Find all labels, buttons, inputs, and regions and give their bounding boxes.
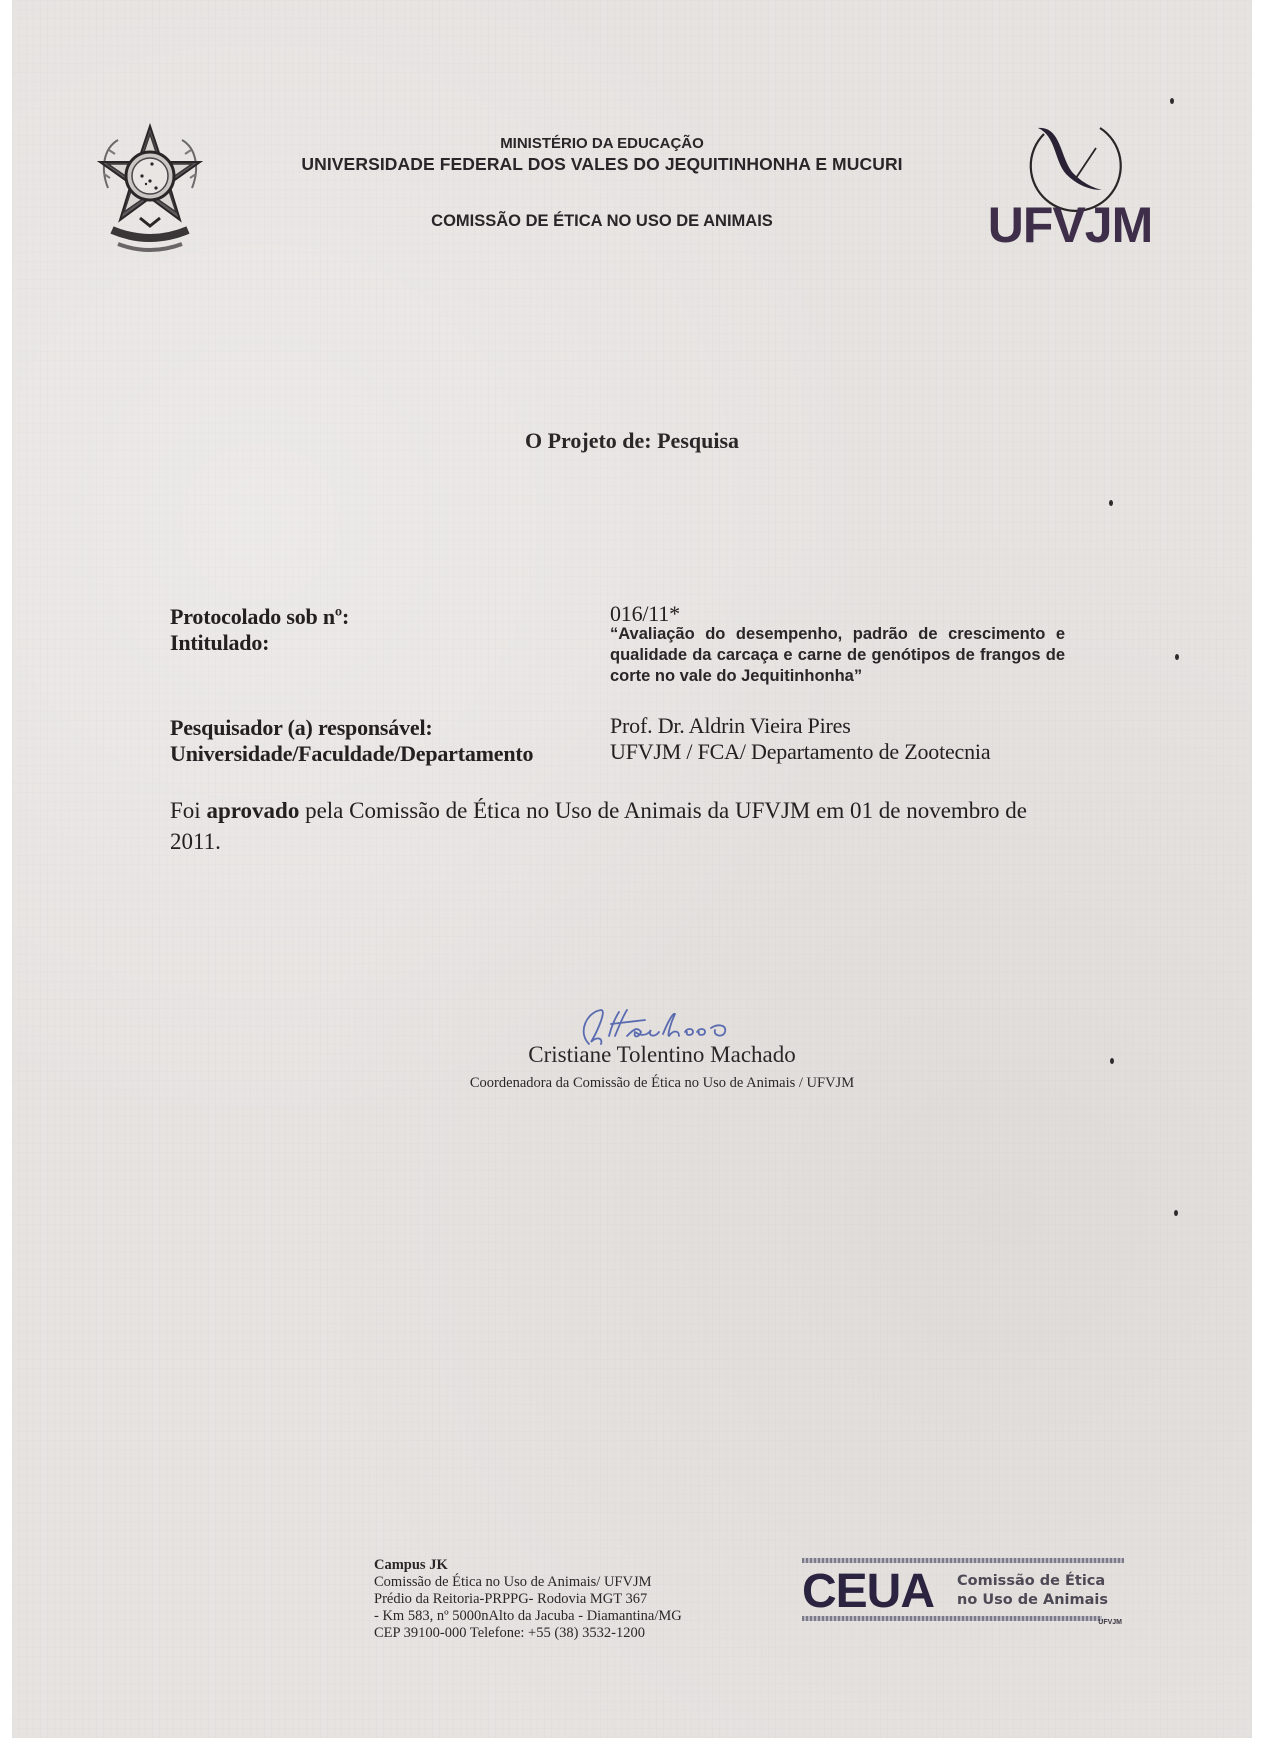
address-line: - Km 583, nº 5000nAlto da Jacuba - Diama… xyxy=(374,1608,734,1625)
ministry-heading: MINISTÉRIO DA EDUCAÇÃO xyxy=(272,135,932,152)
approval-statement: Foi aprovado pela Comissão de Ética no U… xyxy=(170,795,1070,857)
ceua-line-1: Comissão de Ética xyxy=(957,1573,1105,1589)
project-title-value: “Avaliação do desempenho, padrão de cres… xyxy=(610,624,1065,687)
ceua-logo: CEUA Comissão de Ética no Uso de Animais… xyxy=(802,1558,1132,1628)
scan-speck xyxy=(1109,500,1113,506)
approval-rest: pela Comissão de Ética no Uso de Animais… xyxy=(170,798,1027,854)
scanned-document-page: MINISTÉRIO DA EDUCAÇÃO UNIVERSIDADE FEDE… xyxy=(12,0,1252,1738)
researcher-label: Pesquisador (a) responsável: xyxy=(170,715,433,741)
document-title: O Projeto de: Pesquisa xyxy=(12,428,1252,454)
signer-name: Cristiane Tolentino Machado xyxy=(12,1042,1252,1068)
ceua-mini-text: UFVJM xyxy=(1098,1619,1122,1626)
ceua-line-2: no Uso de Animais xyxy=(957,1592,1108,1608)
department-label: Universidade/Faculdade/Departamento xyxy=(170,741,533,767)
brazil-coat-of-arms-icon xyxy=(90,118,210,258)
scan-speck xyxy=(1175,654,1179,660)
department-value: UFVJM / FCA/ Departamento de Zootecnia xyxy=(610,739,990,765)
ceua-acronym: CEUA xyxy=(802,1568,934,1616)
approval-prefix: Foi xyxy=(170,798,201,823)
address-line: CEP 39100-000 Telefone: +55 (38) 3532-12… xyxy=(374,1625,734,1642)
approval-keyword: aprovado xyxy=(206,798,299,823)
scan-speck xyxy=(1110,1058,1114,1064)
campus-name: Campus JK xyxy=(374,1557,734,1574)
ceua-bottom-bar xyxy=(802,1616,1102,1621)
ufvjm-logo-text: UFVJM xyxy=(970,196,1170,254)
address-line: Prédio da Reitoria-PRPPG- Rodovia MGT 36… xyxy=(374,1591,734,1608)
university-heading: UNIVERSIDADE FEDERAL DOS VALES DO JEQUIT… xyxy=(272,154,932,175)
commission-heading: COMISSÃO DE ÉTICA NO USO DE ANIMAIS xyxy=(272,212,932,231)
ceua-top-bar xyxy=(802,1558,1124,1563)
project-title-label: Intitulado: xyxy=(170,630,269,656)
protocol-label: Protocolado sob nº: xyxy=(170,604,349,630)
scan-speck xyxy=(1174,1210,1178,1216)
footer-address: Campus JK Comissão de Ética no Uso de An… xyxy=(374,1557,734,1642)
researcher-value: Prof. Dr. Aldrin Vieira Pires xyxy=(610,713,851,739)
scan-speck xyxy=(1170,98,1174,104)
signer-role: Coordenadora da Comissão de Ética no Uso… xyxy=(12,1075,1252,1092)
address-line: Comissão de Ética no Uso de Animais/ UFV… xyxy=(374,1574,734,1591)
